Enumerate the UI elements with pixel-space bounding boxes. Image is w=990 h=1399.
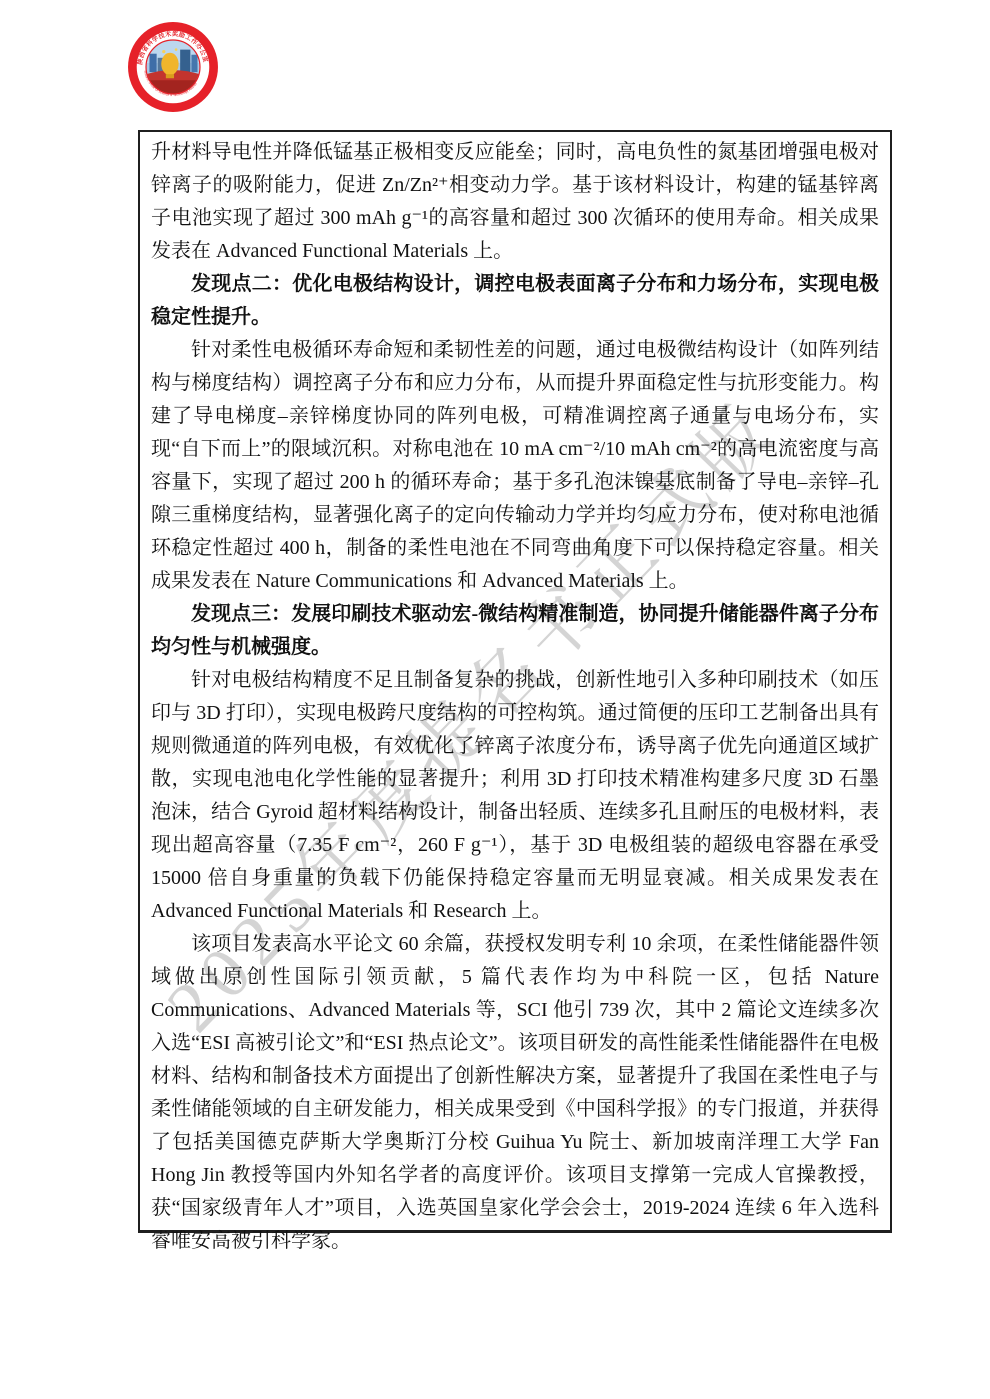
paragraph: 针对电极结构精度不足且制备复杂的挑战，创新性地引入多种印刷技术（如压印与 3D … bbox=[151, 664, 879, 928]
seal-trophy-icon bbox=[161, 53, 178, 75]
section-heading: 发现点二：优化电极结构设计，调控电极表面离子分布和力场分布，实现电极稳定性提升。 bbox=[151, 268, 879, 334]
seal-trophy-spark bbox=[162, 50, 165, 53]
seal-graphic: 陕西省科学技术奖励工作办公室 Shaanxi Office Of Science… bbox=[127, 21, 219, 113]
seal-building bbox=[191, 55, 197, 72]
paragraph: 该项目发表高水平论文 60 余篇，获授权发明专利 10 余项，在柔性储能器件领域… bbox=[151, 928, 879, 1258]
seal-trophy-base bbox=[166, 74, 174, 78]
seal-building bbox=[149, 54, 156, 72]
document-box: 升材料导电性并降低锰基正极相变反应能垒；同时，高电负性的氮基团增强电极对锌离子的… bbox=[138, 130, 892, 1233]
document-page: 陕西省科学技术奖励工作办公室 Shaanxi Office Of Science… bbox=[0, 0, 990, 1399]
award-office-seal-logo: 陕西省科学技术奖励工作办公室 Shaanxi Office Of Science… bbox=[127, 21, 219, 113]
seal-building bbox=[180, 50, 190, 72]
paragraph: 针对柔性电极循环寿命短和柔韧性差的问题，通过电极微结构设计（如阵列结构与梯度结构… bbox=[151, 334, 879, 598]
section-heading: 发现点三：发展印刷技术驱动宏-微结构精准制造，协同提升储能器件离子分布均匀性与机… bbox=[151, 598, 879, 664]
document-text-container: 升材料导电性并降低锰基正极相变反应能垒；同时，高电负性的氮基团增强电极对锌离子的… bbox=[151, 136, 879, 1258]
paragraph: 升材料导电性并降低锰基正极相变反应能垒；同时，高电负性的氮基团增强电极对锌离子的… bbox=[151, 136, 879, 268]
seal-trophy-spark bbox=[175, 48, 178, 51]
